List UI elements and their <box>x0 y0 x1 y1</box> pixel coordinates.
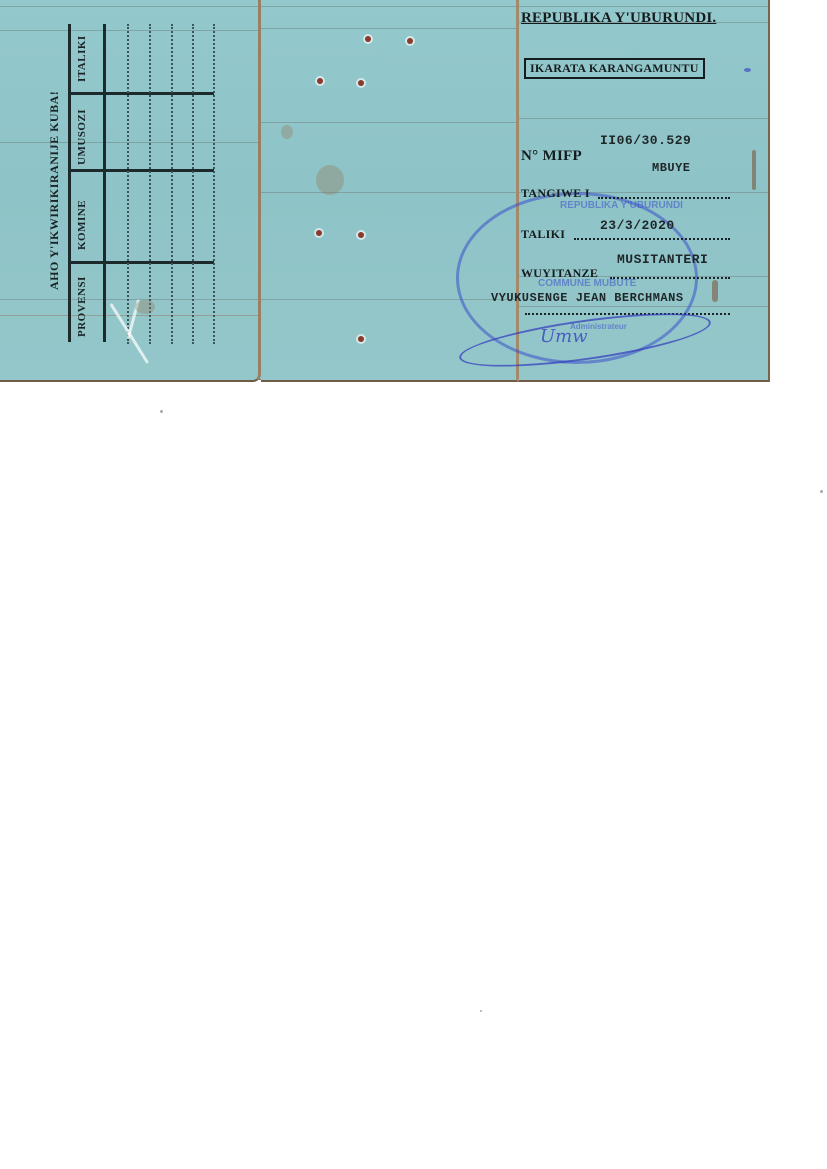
table-row-line <box>213 24 215 344</box>
column-header-provensi: PROVENSI <box>76 276 88 337</box>
signature: Umw <box>540 326 588 347</box>
stamp-text-top: REPUBLIKA Y'UBURUNDI <box>560 200 683 211</box>
staple-hole <box>317 78 323 84</box>
mifp-number: II06/30.529 <box>600 133 691 148</box>
staple-hole <box>316 230 322 236</box>
scan-speck <box>820 490 823 493</box>
staple-hole <box>358 80 364 86</box>
table-row-line <box>171 24 173 344</box>
stain <box>135 300 155 314</box>
staple-hole <box>365 36 371 42</box>
table-row-line <box>192 24 194 344</box>
left-panel-residence-table: AHO Y'IKWIRIKIRANIJE KUBA! PROVENSI KOMI… <box>0 0 261 382</box>
column-header-umusozi: UMUSOZI <box>76 109 88 165</box>
id-card: AHO Y'IKWIRIKIRANIJE KUBA! PROVENSI KOMI… <box>0 0 768 380</box>
fold-line <box>0 299 258 300</box>
fold-line <box>0 315 258 316</box>
fold-line <box>0 142 258 143</box>
stain <box>752 150 756 190</box>
residence-table-title: AHO Y'IKWIRIKIRANIJE KUBA! <box>47 91 62 290</box>
taliki-dotted-line <box>574 238 730 240</box>
fold-line <box>519 118 768 119</box>
scan-speck <box>480 1010 482 1012</box>
place-value: MBUYE <box>652 161 691 175</box>
fold-line <box>261 192 516 193</box>
fold-line <box>0 6 258 7</box>
taliki-date: 23/3/2020 <box>600 218 675 233</box>
staple-hole <box>407 38 413 44</box>
fold-line <box>519 6 768 7</box>
stain <box>712 280 718 302</box>
staple-hole <box>358 336 364 342</box>
table-border <box>103 24 106 342</box>
mifp-label: N° MIFP <box>521 148 582 165</box>
staple-hole <box>358 232 364 238</box>
card-title-box: IKARATA KARANGAMUNTU <box>524 58 705 79</box>
fold-line <box>261 6 516 7</box>
wuyitanze-label: WUYITANZE <box>521 266 598 281</box>
stain <box>281 125 293 139</box>
stain <box>316 165 344 195</box>
wuyitanze-value: MUSITANTERI <box>617 252 708 267</box>
republic-header: REPUBLIKA Y'UBURUNDI. <box>521 10 716 27</box>
fold-line <box>261 28 516 29</box>
tangiwe-label: TANGIWE I <box>521 186 590 201</box>
wuyitanze-dotted-line <box>610 277 730 279</box>
column-header-komine: KOMINE <box>76 200 88 250</box>
scan-speck <box>160 410 163 413</box>
taliki-label: TALIKI <box>521 227 565 242</box>
fold-line <box>0 30 258 31</box>
fold-line <box>261 122 516 123</box>
signatory-name: VYUKUSENGE JEAN BERCHMANS <box>491 291 684 305</box>
column-header-italiki: ITALIKI <box>76 35 88 82</box>
ink-mark <box>744 68 751 72</box>
tangiwe-dotted-line <box>598 197 730 199</box>
table-row-line <box>149 24 151 344</box>
table-row-line <box>127 24 129 344</box>
table-border <box>68 24 71 342</box>
